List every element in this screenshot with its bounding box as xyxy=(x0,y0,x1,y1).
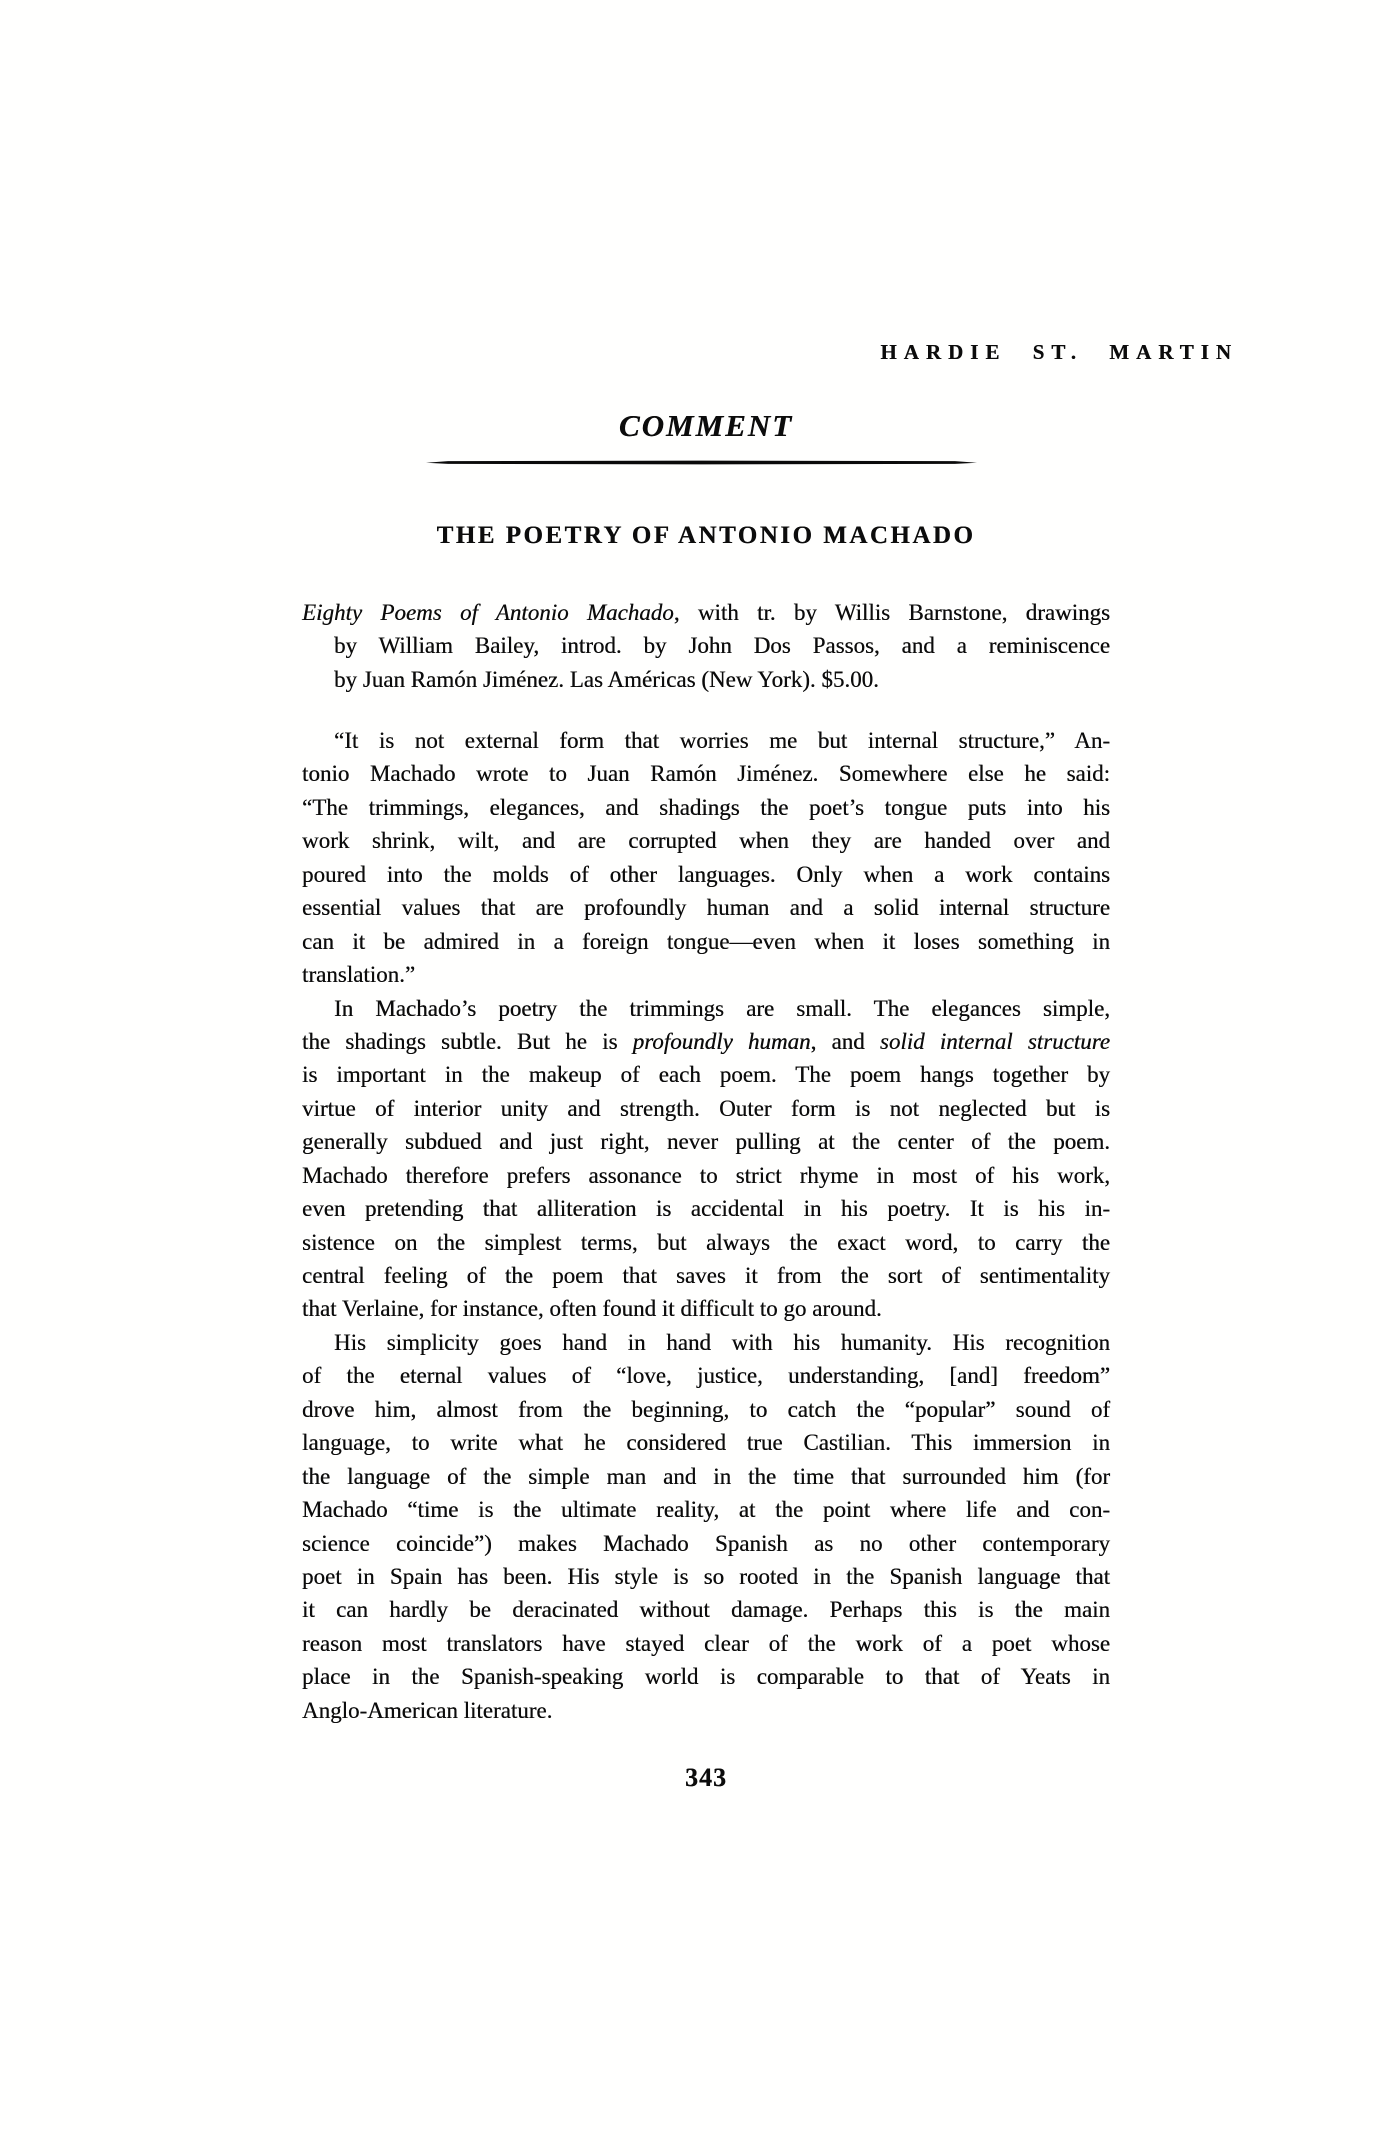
text-line: translation.” xyxy=(302,958,1110,991)
text-line: poet in Spain has been. His style is so … xyxy=(302,1560,1110,1593)
paragraph: His simplicity goes hand in hand with hi… xyxy=(302,1326,1110,1727)
paragraph: “It is not external form that worries me… xyxy=(302,724,1110,992)
text-line: In Machado’s poetry the trimmings are sm… xyxy=(302,992,1110,1025)
article-title: THE POETRY OF ANTONIO MACHADO xyxy=(302,522,1110,550)
text-line: is important in the makeup of each poem.… xyxy=(302,1058,1110,1091)
section-heading: COMMENT xyxy=(302,408,1110,444)
text-line: poured into the molds of other languages… xyxy=(302,858,1110,891)
text-line: even pretending that alliteration is acc… xyxy=(302,1192,1110,1225)
text-line: virtue of interior unity and strength. O… xyxy=(302,1092,1110,1125)
article-body: “It is not external form that worries me… xyxy=(302,724,1110,1727)
text-line: “The trimmings, elegances, and shadings … xyxy=(302,791,1110,824)
text-line: reason most translators have stayed clea… xyxy=(302,1627,1110,1660)
text-line: Machado “time is the ultimate reality, a… xyxy=(302,1493,1110,1526)
text-line: central feeling of the poem that saves i… xyxy=(302,1259,1110,1292)
text-line: Machado therefore prefers assonance to s… xyxy=(302,1159,1110,1192)
text-line: by William Bailey, introd. by John Dos P… xyxy=(334,629,1110,662)
text-line: generally subdued and just right, never … xyxy=(302,1125,1110,1158)
scanned-book-page: HARDIE ST. MARTIN COMMENT THE POETRY OF … xyxy=(0,0,1400,2154)
text-line: Eighty Poems of Antonio Machado, with tr… xyxy=(302,596,1110,629)
text-line: tonio Machado wrote to Juan Ramón Jiméne… xyxy=(302,757,1110,790)
text-line: that Verlaine, for instance, often found… xyxy=(302,1292,1110,1325)
text-line: drove him, almost from the beginning, to… xyxy=(302,1393,1110,1426)
text-line: of the eternal values of “love, justice,… xyxy=(302,1359,1110,1392)
text-line: the shadings subtle. But he is profoundl… xyxy=(302,1025,1110,1058)
text-line: His simplicity goes hand in hand with hi… xyxy=(302,1326,1110,1359)
bibliography-entry: Eighty Poems of Antonio Machado, with tr… xyxy=(302,596,1110,696)
text-line: can it be admired in a foreign tongue—ev… xyxy=(302,925,1110,958)
author-byline: HARDIE ST. MARTIN xyxy=(880,340,1238,365)
text-line: “It is not external form that worries me… xyxy=(302,724,1110,757)
section-divider-rule xyxy=(426,460,977,465)
text-line: science coincide”) makes Machado Spanish… xyxy=(302,1527,1110,1560)
text-line: work shrink, wilt, and are corrupted whe… xyxy=(302,824,1110,857)
text-line: place in the Spanish-speaking world is c… xyxy=(302,1660,1110,1693)
text-line: by Juan Ramón Jiménez. Las Américas (New… xyxy=(334,663,1110,696)
text-line: Anglo-American literature. xyxy=(302,1694,1110,1727)
paragraph: In Machado’s poetry the trimmings are sm… xyxy=(302,992,1110,1326)
text-line: the language of the simple man and in th… xyxy=(302,1460,1110,1493)
text-line: sistence on the simplest terms, but alwa… xyxy=(302,1226,1110,1259)
page-number: 343 xyxy=(302,1763,1110,1793)
text-line: essential values that are profoundly hum… xyxy=(302,891,1110,924)
text-line: language, to write what he considered tr… xyxy=(302,1426,1110,1459)
text-line: it can hardly be deracinated without dam… xyxy=(302,1593,1110,1626)
